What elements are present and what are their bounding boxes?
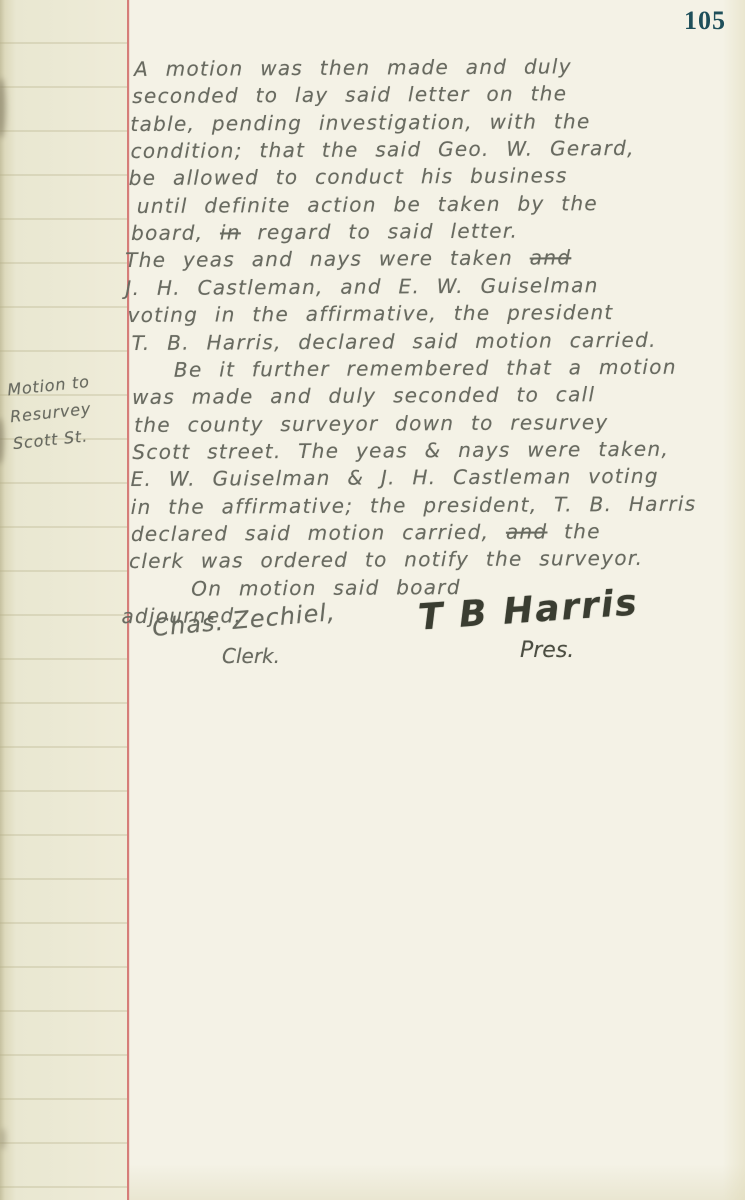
manuscript-line: On motion said board (191, 575, 461, 601)
manuscript-segment: board, (131, 221, 220, 246)
manuscript-segment: until definite action be taken by the (137, 191, 598, 218)
manuscript-line: A motion was then made and duly (134, 54, 572, 81)
manuscript-line: until definite action be taken by the (137, 191, 598, 218)
struck-word: and (506, 519, 548, 543)
manuscript-segment: Scott street. The yeas & nays were taken… (132, 437, 669, 464)
manuscript-segment: regard to said letter. (241, 219, 518, 245)
manuscript-line: in the affirmative; the president, T. B.… (131, 491, 697, 518)
manuscript-segment: was made and duly seconded to call (132, 382, 595, 409)
manuscript-segment: T. B. Harris, declared said motion carri… (132, 327, 657, 354)
edge-smudge (0, 1128, 6, 1150)
manuscript-segment: declared said motion carried, (131, 520, 506, 546)
manuscript-line: be allowed to conduct his business (129, 164, 568, 191)
ledger-page-scan: 105 Motion to Resurvey Scott St. A motio… (0, 0, 745, 1200)
manuscript-line: the county surveyor down to resurvey (134, 410, 608, 437)
manuscript-segment: seconded to lay said letter on the (132, 82, 567, 109)
manuscript-segment: J. H. Castleman, and E. W. Guiselman (125, 273, 598, 300)
manuscript-line: T. B. Harris, declared said motion carri… (132, 327, 657, 354)
manuscript-line: Scott street. The yeas & nays were taken… (132, 437, 669, 464)
manuscript-segment: clerk was ordered to notify the surveyor… (129, 546, 643, 573)
manuscript-line: declared said motion carried, and the (131, 519, 601, 546)
manuscript-segment: A motion was then made and duly (134, 54, 572, 81)
manuscript-line: Be it further remembered that a motion (174, 355, 677, 382)
manuscript-line: J. H. Castleman, and E. W. Guiselman (125, 273, 598, 300)
manuscript-segment: On motion said board (191, 575, 461, 601)
manuscript-line: voting in the affirmative, the president (127, 300, 613, 327)
manuscript-segment: in the affirmative; the president, T. B.… (131, 491, 697, 518)
manuscript-line: condition; that the said Geo. W. Gerard, (130, 136, 634, 163)
manuscript-segment: the county surveyor down to resurvey (134, 410, 608, 437)
manuscript-segment: table, pending investigation, with the (130, 109, 590, 136)
manuscript-segment: Be it further remembered that a motion (174, 355, 677, 382)
manuscript-line: was made and duly seconded to call (132, 382, 595, 409)
manuscript-line: The yeas and nays were taken and (125, 246, 571, 273)
manuscript-line: board, in regard to said letter. (131, 219, 518, 245)
struck-word: and (530, 246, 572, 270)
president-title: Pres. (520, 638, 574, 663)
manuscript-segment: E. W. Guiselman & J. H. Castleman voting (130, 464, 658, 491)
manuscript-segment: be allowed to conduct his business (129, 164, 568, 191)
manuscript-segment: voting in the affirmative, the president (127, 300, 613, 327)
manuscript-line: clerk was ordered to notify the surveyor… (129, 546, 643, 573)
manuscript-line: seconded to lay said letter on the (132, 82, 567, 109)
manuscript-segment: The yeas and nays were taken (125, 246, 530, 272)
manuscript-segment: the (547, 519, 601, 543)
struck-word: in (220, 220, 241, 244)
manuscript-line: E. W. Guiselman & J. H. Castleman voting (130, 464, 658, 491)
manuscript-line: table, pending investigation, with the (130, 109, 590, 136)
manuscript-segment: condition; that the said Geo. W. Gerard, (130, 136, 634, 163)
clerk-title: Clerk. (222, 644, 280, 668)
